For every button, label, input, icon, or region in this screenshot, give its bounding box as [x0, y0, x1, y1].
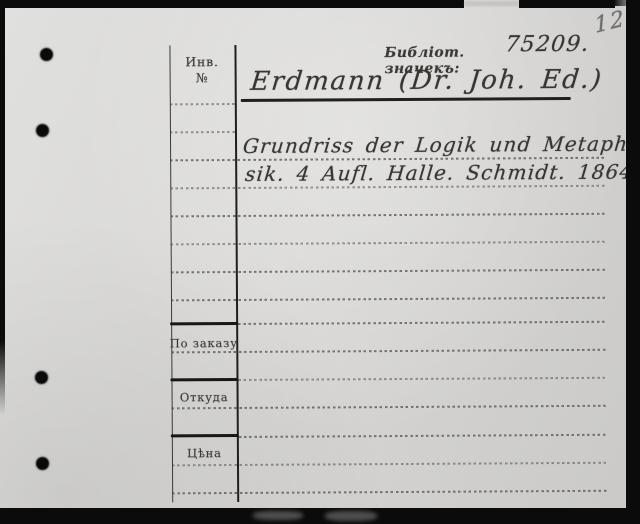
- scan-border-bottom: [0, 508, 640, 524]
- price-label: Цѣна: [172, 446, 237, 460]
- section-divider: [170, 377, 238, 381]
- scan-smudge: [253, 511, 303, 520]
- punch-hole: [35, 371, 48, 384]
- punch-hole: [36, 457, 49, 470]
- library-stamp-value: 75209.: [504, 32, 591, 58]
- punch-hole: [40, 48, 53, 61]
- title-line-1: Grundriss der Logik und Metaphy=: [242, 131, 640, 158]
- author-underline: [241, 97, 571, 102]
- ruled-line: [170, 103, 235, 105]
- scan-smudge: [325, 511, 377, 521]
- scan-border-top-gap: [464, 1, 519, 6]
- scan-border-top: [0, 0, 464, 8]
- section-divider: [170, 321, 238, 325]
- punch-hole: [36, 124, 49, 137]
- card-content: Инв. № По заказу Откуда Цѣна Библіот. зн…: [0, 0, 640, 524]
- origin-label: Откуда: [172, 390, 237, 404]
- scan-border-left: [0, 0, 5, 415]
- catalog-card-scan: Инв. № По заказу Откуда Цѣна Библіот. зн…: [0, 0, 640, 524]
- ruled-line: [238, 321, 607, 325]
- order-label: По заказу: [169, 336, 238, 350]
- scan-border-top: [519, 0, 615, 8]
- scan-border-right: [626, 0, 640, 524]
- ruled-line: [239, 434, 608, 438]
- ruled-line: [170, 131, 235, 133]
- title-line-2: sik. 4 Aufl. Halle. Schmidt. 1864 8°.: [244, 159, 640, 186]
- section-divider: [171, 434, 239, 438]
- ruled-line: [238, 377, 607, 381]
- inventory-number-label-line2: №: [170, 70, 235, 85]
- author-heading: Erdmann (Dr. Joh. Ed.): [249, 65, 604, 97]
- inventory-number-label-line1: Инв.: [169, 54, 234, 69]
